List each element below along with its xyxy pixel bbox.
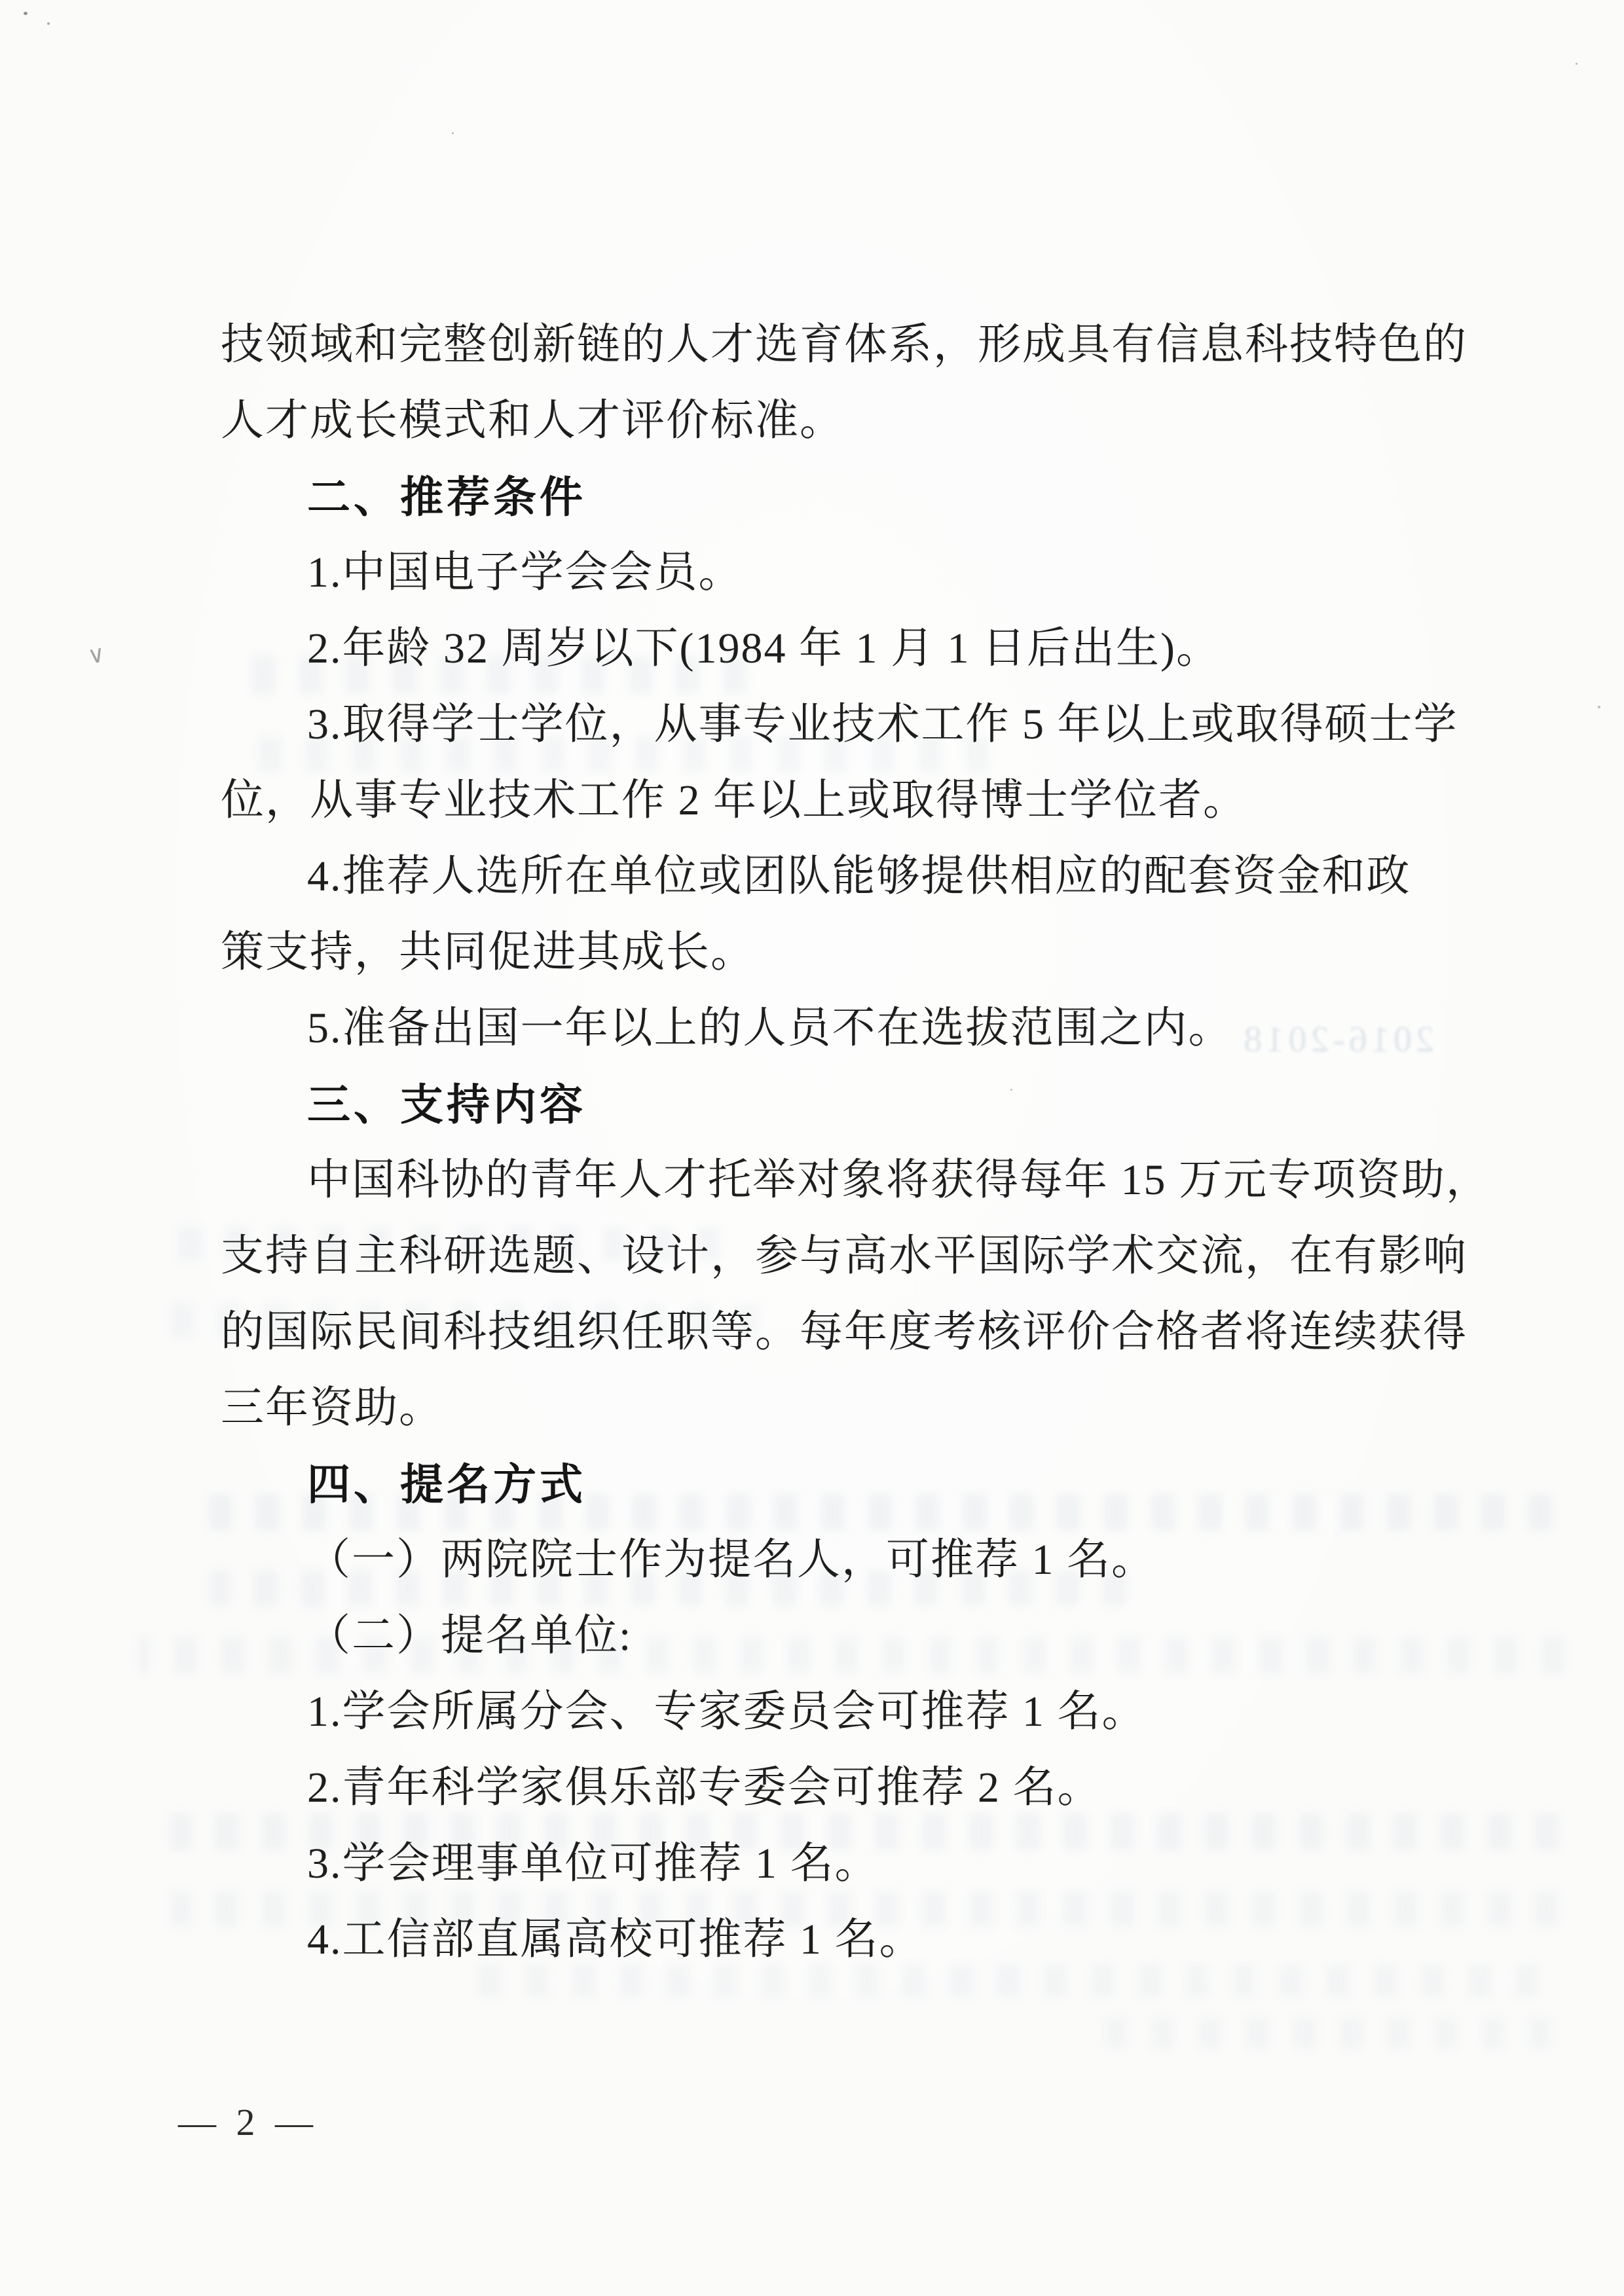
section-heading-2: 二、推荐条件 [221, 459, 1432, 535]
scan-speck [47, 22, 50, 25]
list-item: 4.推荐人选所在单位或团队能够提供相应的配套资金和政 [221, 839, 1432, 915]
section-heading-4: 四、提名方式 [221, 1446, 1432, 1522]
list-item: 2.年龄 32 周岁以下(1984 年 1 月 1 日后出生)。 [221, 611, 1432, 687]
body-line: 中国科协的青年人才托举对象将获得每年 15 万元专项资助， [221, 1142, 1432, 1218]
page-number: — 2 — [178, 2099, 318, 2146]
scan-speck [452, 132, 454, 134]
list-item: 1.学会所属分会、专家委员会可推荐 1 名。 [221, 1674, 1432, 1750]
list-item: 3.取得学士学位，从事专业技术工作 5 年以上或取得硕士学 [221, 687, 1432, 763]
body-line: 三年资助。 [221, 1370, 1432, 1446]
body-line: 策支持，共同促进其成长。 [221, 915, 1432, 991]
bleed-through-smudge [1080, 2016, 1552, 2049]
document-body: 技领域和完整创新链的人才选育体系，形成具有信息科技特色的 人才成长模式和人才评价… [221, 307, 1432, 1978]
scanned-document-page: { "document": { "page_number": "— 2 —", … [0, 0, 1624, 2296]
body-line: 技领域和完整创新链的人才选育体系，形成具有信息科技特色的 [221, 307, 1432, 383]
scan-speck [1576, 63, 1578, 65]
section-heading-3: 三、支持内容 [221, 1066, 1432, 1142]
body-line: 的国际民间科技组织任职等。每年度考核评价合格者将连续获得 [221, 1294, 1432, 1370]
list-item: （二）提名单位: [221, 1598, 1432, 1674]
body-line: 位，从事专业技术工作 2 年以上或取得博士学位者。 [221, 763, 1432, 839]
body-line: 支持自主科研选题、设计，参与高水平国际学术交流，在有影响 [221, 1218, 1432, 1294]
scan-speck [1598, 706, 1600, 708]
list-item: 2.青年科学家俱乐部专委会可推荐 2 名。 [221, 1750, 1432, 1826]
list-item: 4.工信部直属高校可推荐 1 名。 [221, 1902, 1432, 1978]
list-item: 3.学会理事单位可推荐 1 名。 [221, 1826, 1432, 1902]
body-line: 人才成长模式和人才评价标准。 [221, 383, 1432, 459]
list-item: （一）两院院士作为提名人，可推荐 1 名。 [221, 1522, 1432, 1598]
list-item: 5.准备出国一年以上的人员不在选拔范围之内。 [221, 991, 1432, 1066]
list-item: 1.中国电子学会会员。 [221, 535, 1432, 611]
scan-speck [24, 12, 28, 15]
